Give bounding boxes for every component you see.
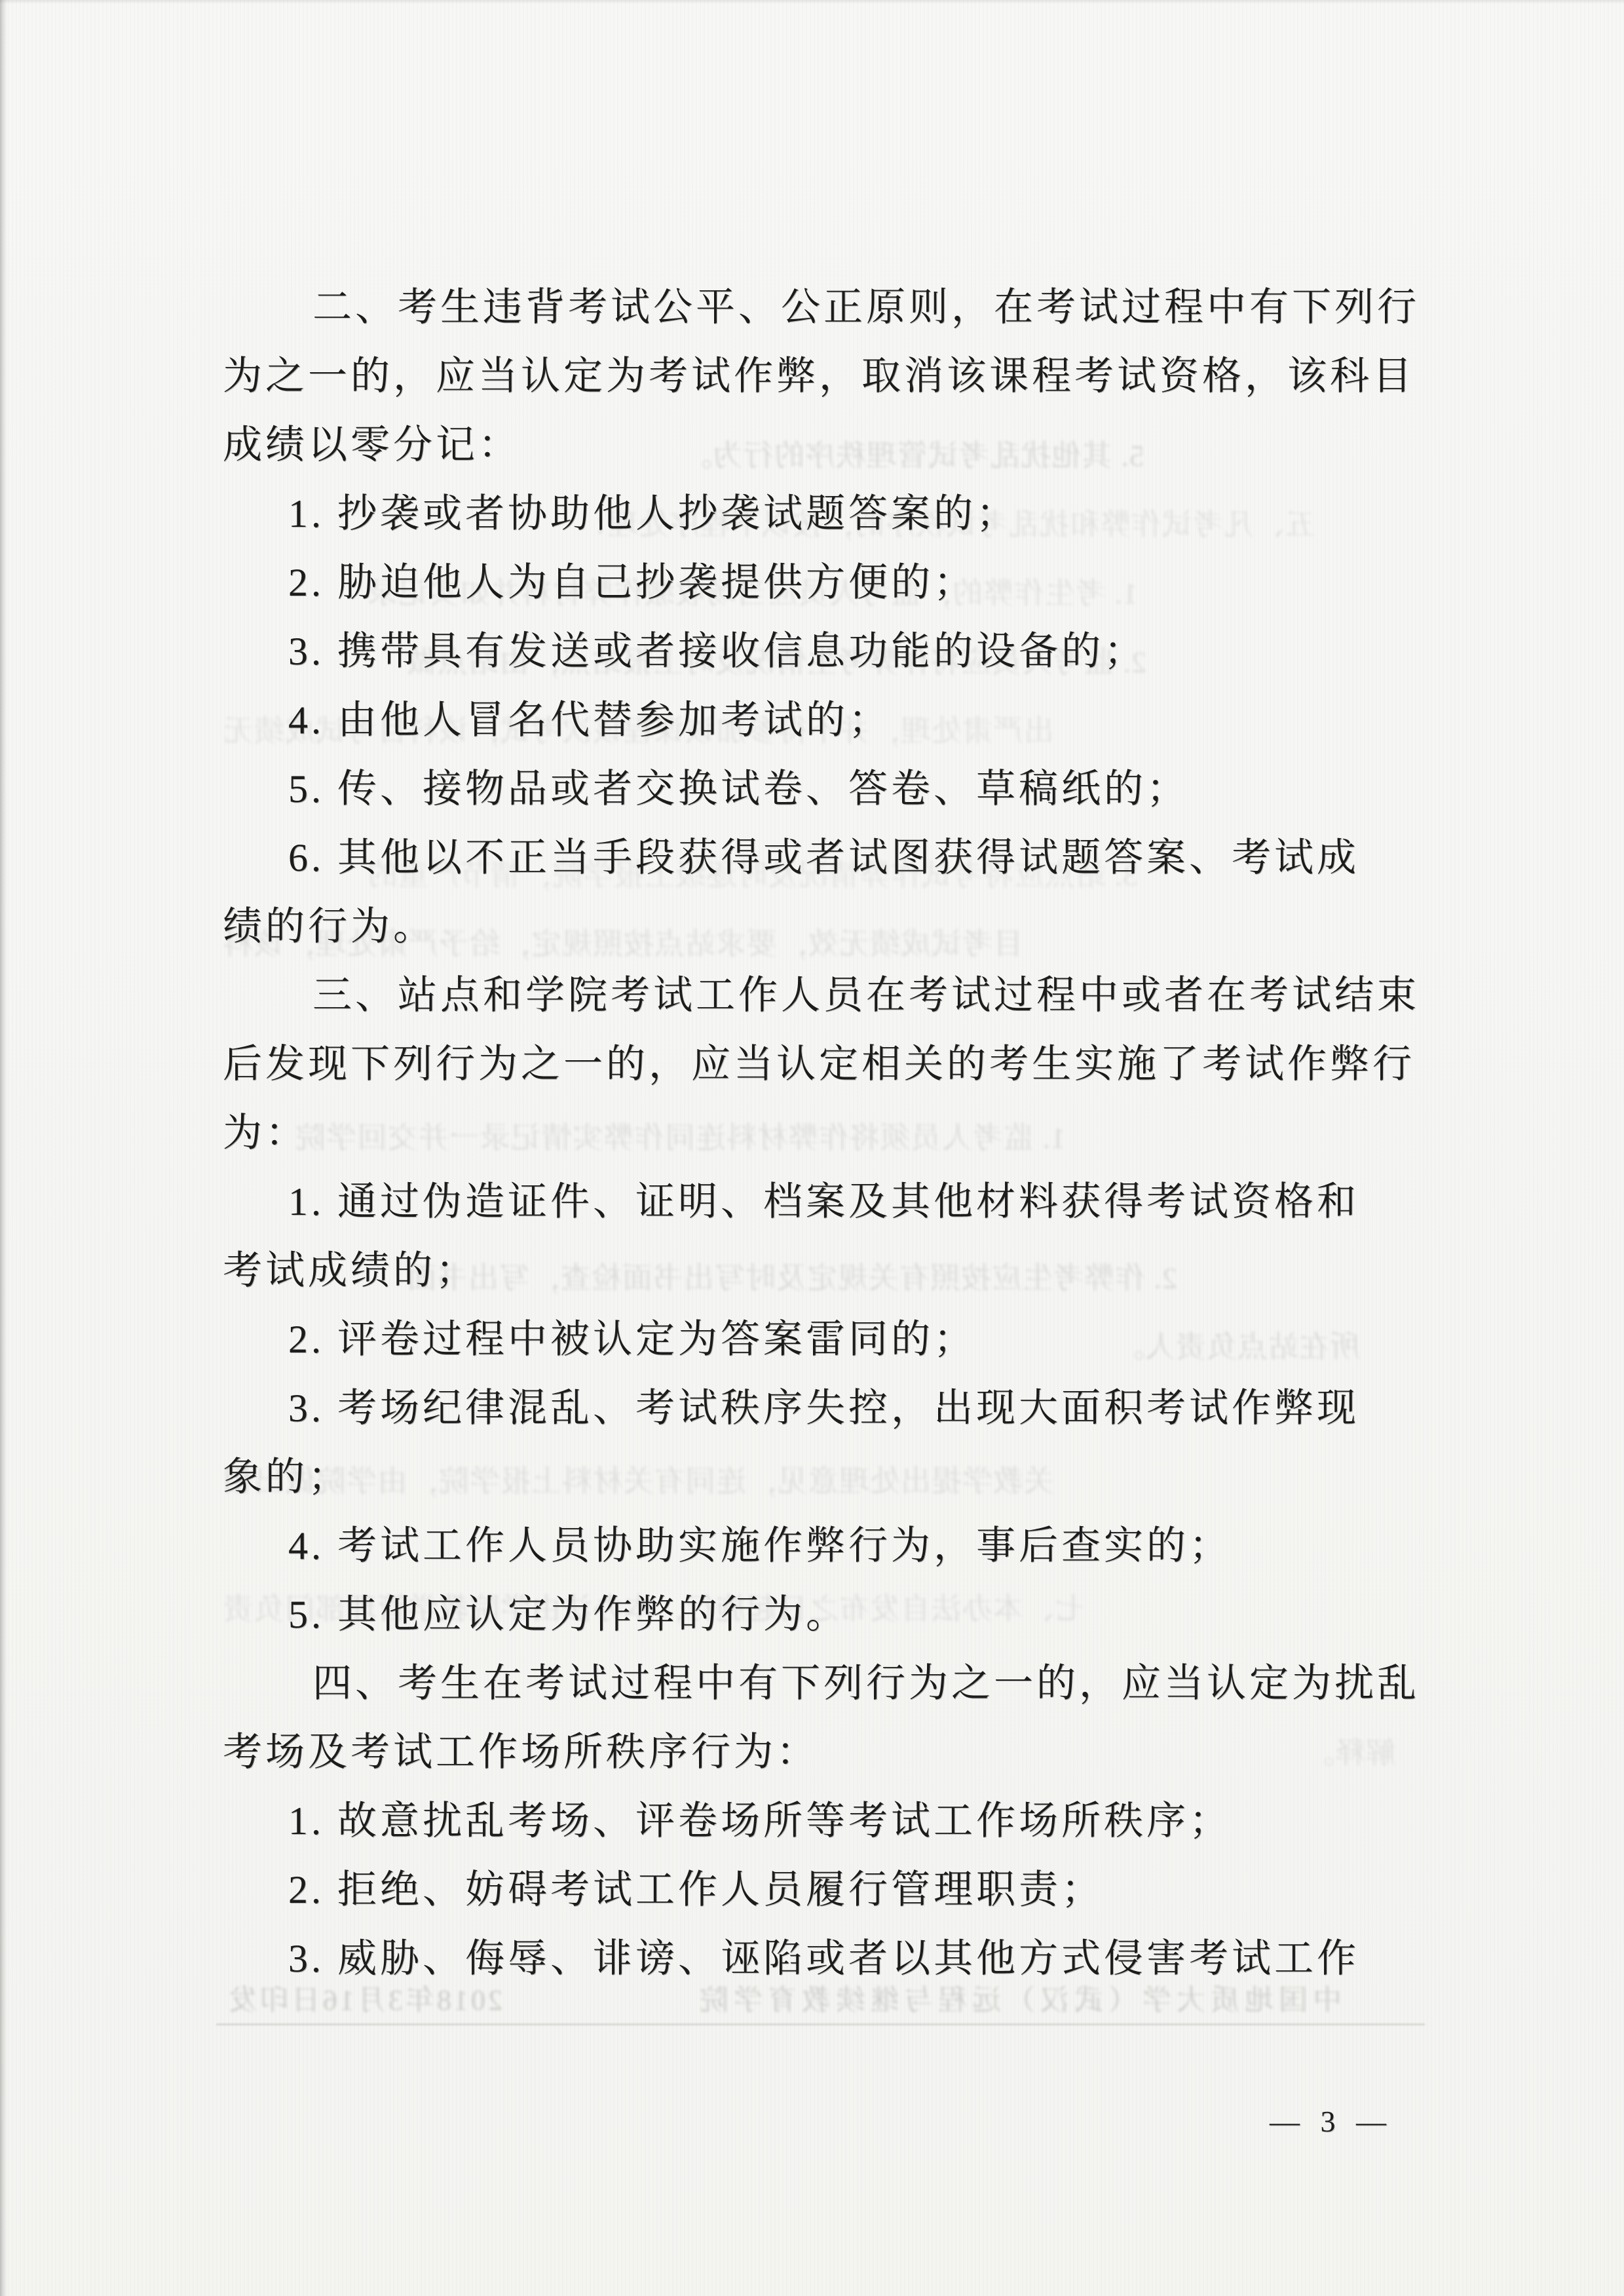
body-text-line: 5. 其他应认定为作弊的行为。	[223, 1580, 1418, 1649]
body-text-line: 二、考生违背考试公平、公正原则，在考试过程中有下列行	[223, 273, 1418, 342]
body-text-line: 2. 胁迫他人为自己抄袭提供方便的；	[223, 548, 1418, 617]
document-body: 二、考生违背考试公平、公正原则，在考试过程中有下列行 为之一的，应当认定为考试作…	[223, 273, 1418, 1993]
scanned-document-page: 5. 其他扰乱考试管理秩序的行为。 五、凡考试作弊和扰乱考试秩序的，按以下程序处…	[0, 0, 1624, 2296]
body-text-line: 4. 由他人冒名代替参加考试的；	[223, 686, 1418, 755]
body-text-line: 5. 传、接物品或者交换试卷、答卷、草稿纸的；	[223, 755, 1418, 824]
body-text-line: 4. 考试工作人员协助实施作弊行为，事后查实的；	[223, 1512, 1418, 1580]
body-text-line: 后发现下列行为之一的，应当认定相关的考生实施了考试作弊行	[223, 1030, 1418, 1099]
body-text-line: 绩的行为。	[223, 892, 1418, 961]
bleedthrough-rule	[216, 2023, 1425, 2025]
body-text-line: 1. 通过伪造证件、证明、档案及其他材料获得考试资格和	[223, 1168, 1418, 1236]
page-number: — 3 —	[1270, 2098, 1393, 2145]
body-text-line: 1. 抄袭或者协助他人抄袭试题答案的；	[223, 480, 1418, 548]
body-text-line: 考场及考试工作场所秩序行为：	[223, 1718, 1418, 1787]
body-text-line: 象的；	[223, 1443, 1418, 1512]
body-text-line: 1. 故意扰乱考场、评卷场所等考试工作场所秩序；	[223, 1787, 1418, 1856]
body-text-line: 为：	[223, 1099, 1418, 1168]
body-text-line: 四、考生在考试过程中有下列行为之一的，应当认定为扰乱	[223, 1649, 1418, 1718]
body-text-line: 2. 评卷过程中被认定为答案雷同的；	[223, 1305, 1418, 1374]
body-text-line: 三、站点和学院考试工作人员在考试过程中或者在考试结束	[223, 961, 1418, 1030]
body-text-line: 3. 携带具有发送或者接收信息功能的设备的；	[223, 617, 1418, 686]
body-text-line: 为之一的，应当认定为考试作弊，取消该课程考试资格，该科目	[223, 342, 1418, 411]
body-text-line: 成绩以零分记：	[223, 411, 1418, 480]
body-text-line: 3. 考场纪律混乱、考试秩序失控，出现大面积考试作弊现	[223, 1374, 1418, 1443]
body-text-line: 考试成绩的；	[223, 1236, 1418, 1305]
body-text-line: 2. 拒绝、妨碍考试工作人员履行管理职责；	[223, 1856, 1418, 1924]
body-text-line: 6. 其他以不正当手段获得或者试图获得试题答案、考试成	[223, 824, 1418, 892]
body-text-line: 3. 威胁、侮辱、诽谤、诬陷或者以其他方式侵害考试工作	[223, 1924, 1418, 1993]
